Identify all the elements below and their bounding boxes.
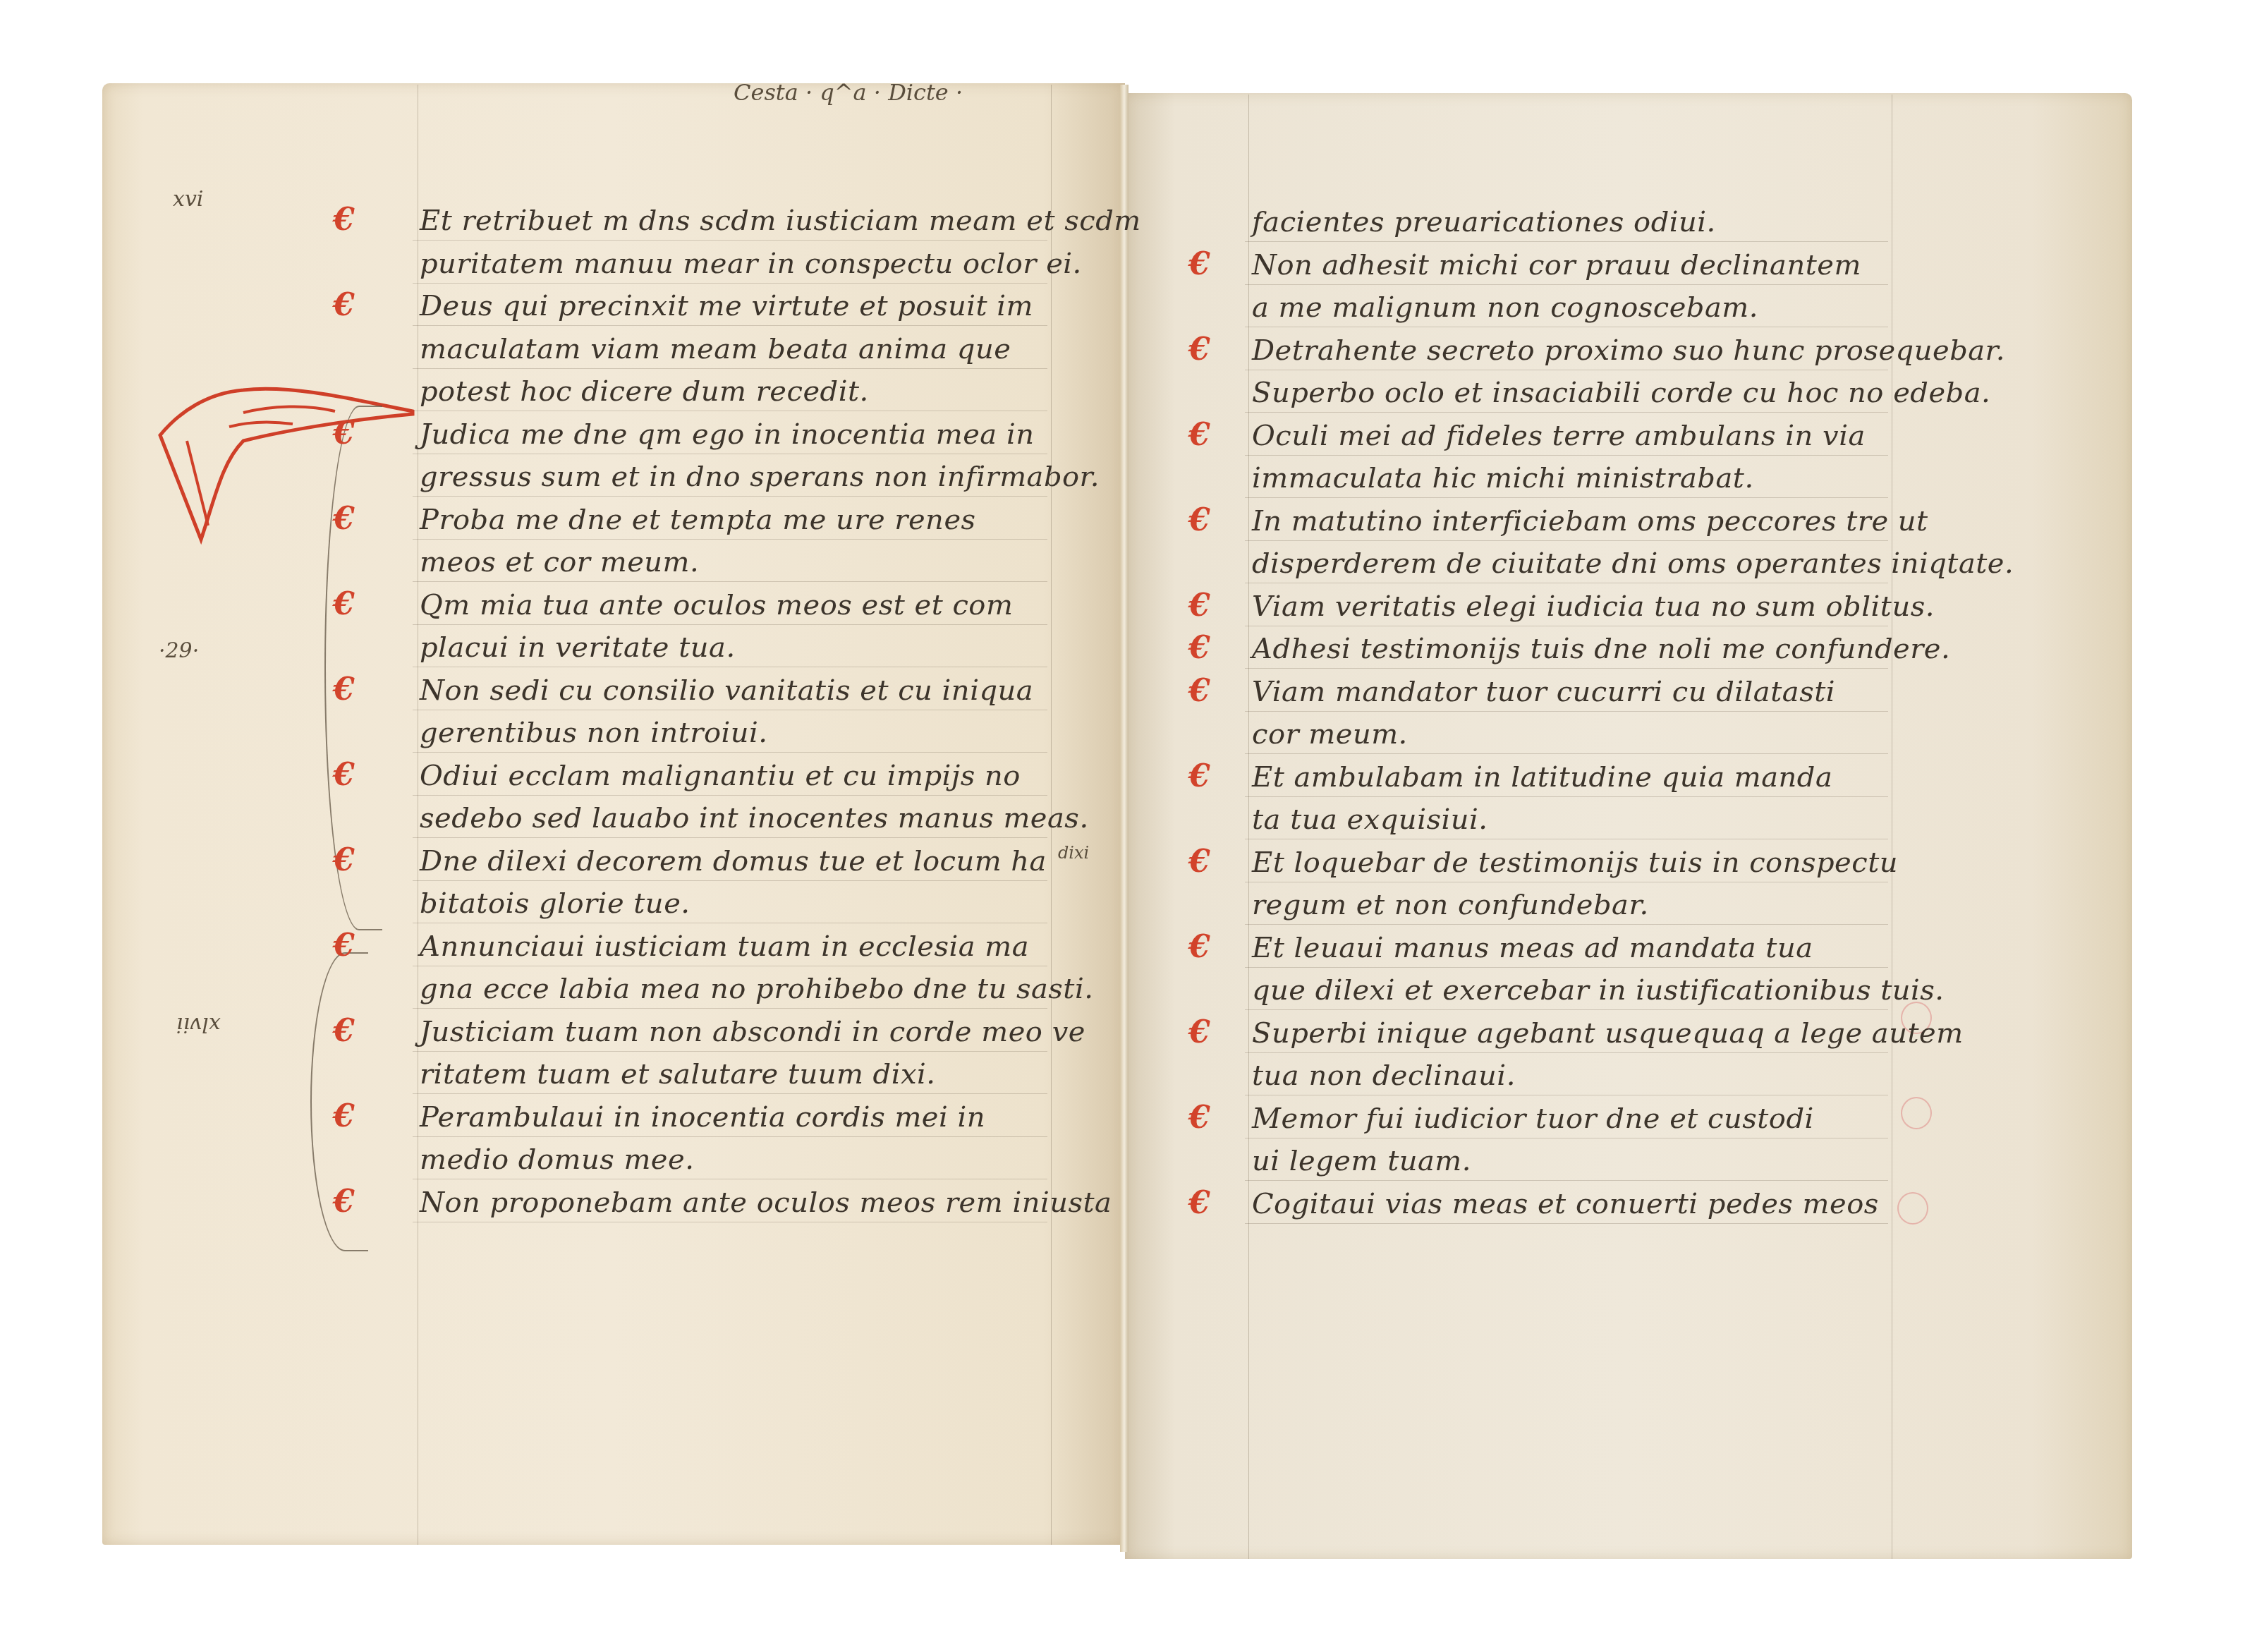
offset-mark: [1897, 1192, 1928, 1225]
ruling-line: [413, 795, 1047, 796]
manuscript-line: Detrahente secreto proximo suo hunc pros…: [1252, 334, 2005, 367]
manuscript-line: regum et non confundebar.: [1252, 889, 1649, 921]
manuscript-line: Deus qui precinxit me virtute et posuit …: [420, 290, 1033, 322]
ruling-line: [1245, 882, 1888, 882]
manuscript-line: Perambulaui in inocentia cordis mei in: [420, 1101, 985, 1134]
ruling-line: [413, 411, 1047, 411]
running-head: Cesta · q^a · Dicte ·: [734, 79, 963, 106]
manuscript-line: cor meum.: [1252, 718, 1408, 751]
paragraph-mark-icon: €: [1188, 502, 1210, 538]
ruling-line: [413, 1093, 1047, 1094]
paragraph-mark-icon: €: [1188, 246, 1210, 282]
manuscript-line: Viam mandator tuor cucurri cu dilatasti: [1252, 676, 1835, 708]
ruling-line: [1245, 1095, 1888, 1095]
paragraph-mark-icon: €: [333, 287, 355, 323]
ruling-line: [1245, 711, 1888, 712]
ruling-line: [1245, 412, 1888, 413]
margin-note-lower: xlvii: [176, 1012, 221, 1037]
ruling-line: [413, 837, 1047, 838]
manuscript-line: facientes preuaricationes odiui.: [1252, 206, 1716, 238]
paragraph-mark-icon: €: [1188, 673, 1210, 709]
ruling-line: [1245, 583, 1888, 583]
manicule-pointing-hand-icon: [145, 356, 427, 554]
paragraph-mark-icon: €: [333, 672, 355, 707]
manuscript-line: Memor fui iudicior tuor dne et custodi: [1252, 1103, 1814, 1135]
ruling-line: [1245, 753, 1888, 754]
ruling-line: [413, 454, 1047, 454]
ruling-line: [413, 581, 1047, 582]
ruling-line: [1245, 626, 1888, 626]
ruling-line: [413, 710, 1047, 710]
left-ruling-inner: [418, 85, 418, 1545]
paragraph-mark-icon: €: [333, 1098, 355, 1134]
paragraph-mark-icon: €: [1188, 1185, 1210, 1221]
ruling-line: [413, 880, 1047, 881]
manuscript-line: immaculata hic michi ministrabat.: [1252, 462, 1754, 494]
manuscript-line: gressus sum et in dno sperans non infirm…: [420, 461, 1100, 493]
manuscript-line: Oculi mei ad fideles terre ambulans in v…: [1252, 420, 1866, 452]
ruling-line: [1245, 1009, 1888, 1010]
ruling-line: [1245, 924, 1888, 925]
margin-note-top: xvi: [173, 187, 203, 212]
manuscript-line: placui in veritate tua.: [420, 631, 736, 664]
paragraph-mark-icon: €: [1188, 630, 1210, 666]
offset-mark: [1901, 1097, 1932, 1129]
manuscript-line: Viam veritatis elegi iudicia tua no sum …: [1252, 590, 1935, 623]
ruling-line: [413, 923, 1047, 923]
manuscript-line: Justiciam tuam non abscondi in corde meo…: [420, 1016, 1085, 1048]
paragraph-mark-icon: €: [1188, 758, 1210, 794]
ruling-line: [1245, 1052, 1888, 1053]
manuscript-line: bitatois glorie tue.: [420, 887, 691, 920]
manuscript-line: Non sedi cu consilio vanitatis et cu ini…: [420, 674, 1033, 707]
paragraph-mark-icon: €: [333, 1013, 355, 1049]
ruling-line: [1245, 455, 1888, 456]
manuscript-line: Et ambulabam in latitudine quia manda: [1252, 761, 1832, 794]
ruling-line: [413, 283, 1047, 284]
ruling-line: [413, 539, 1047, 540]
paragraph-mark-icon: €: [333, 501, 355, 537]
ruling-line: [1245, 241, 1888, 242]
paragraph-mark-icon: €: [333, 586, 355, 622]
ruling-line: [413, 240, 1047, 241]
manuscript-line: meos et cor meum.: [420, 546, 699, 578]
ruling-line: [413, 624, 1047, 625]
manuscript-line: Odiui ecclam malignantiu et cu impijs no: [420, 760, 1021, 792]
manuscript-line: Superbi inique agebant usquequaq a lege …: [1252, 1017, 1964, 1050]
ruling-line: [413, 1051, 1047, 1052]
manuscript-line: Dne dilexi decorem domus tue et locum ha: [420, 845, 1047, 877]
paragraph-mark-icon: €: [1188, 844, 1210, 880]
manuscript-line: puritatem manuu mear in conspectu oclor …: [420, 248, 1082, 280]
ruling-line: [1245, 1223, 1888, 1224]
paragraph-mark-icon: €: [333, 928, 355, 964]
manuscript-line: Adhesi testimonijs tuis dne noli me conf…: [1252, 633, 1950, 665]
ruling-line: [413, 496, 1047, 497]
manuscript-line: ta tua exquisiui.: [1252, 803, 1488, 836]
manuscript-line: Non proponebam ante oculos meos rem iniu…: [420, 1186, 1112, 1219]
manuscript-line: Judica me dne qm ego in inocentia mea in: [420, 418, 1034, 451]
ruling-line: [1245, 1138, 1888, 1138]
manuscript-line: sedebo sed lauabo int inocentes manus me…: [420, 802, 1089, 834]
manuscript-line: Proba me dne et tempta me ure renes: [420, 504, 976, 536]
paragraph-mark-icon: €: [1188, 1100, 1210, 1136]
manuscript-line: disperderem de ciuitate dni oms operante…: [1252, 547, 2014, 580]
ruling-line: [413, 966, 1047, 966]
manuscript-line: Superbo oclo et insaciabili corde cu hoc…: [1252, 377, 1990, 409]
manuscript-line: que dilexi et exercebar in iustification…: [1252, 974, 1945, 1007]
manuscript-line: a me malignum non cognoscebam.: [1252, 291, 1758, 324]
manuscript-line: gerentibus non introiui.: [420, 717, 768, 749]
manuscript-line: tua non declinaui.: [1252, 1059, 1516, 1092]
ruling-line: [413, 752, 1047, 753]
manuscript-line: Et leuaui manus meas ad mandata tua: [1252, 932, 1813, 964]
manuscript-line: maculatam viam meam beata anima que: [420, 333, 1011, 365]
ruling-line: [1245, 1180, 1888, 1181]
paragraph-mark-icon: €: [1188, 588, 1210, 624]
manuscript-line: ui legem tuam.: [1252, 1145, 1471, 1177]
ruling-line: [413, 1179, 1047, 1179]
ruling-line: [1245, 796, 1888, 797]
manuscript-line: Et loquebar de testimonijs tuis in consp…: [1252, 846, 1898, 879]
ruling-line: [1245, 668, 1888, 669]
ruling-line: [413, 1008, 1047, 1009]
ruling-line: [413, 325, 1047, 326]
manuscript-line: potest hoc dicere dum recedit.: [420, 375, 869, 408]
manuscript-line: Cogitaui vias meas et conuerti pedes meo…: [1252, 1188, 1879, 1220]
paragraph-mark-icon: €: [1188, 1014, 1210, 1050]
margin-note-right: dixi: [1058, 843, 1089, 863]
ruling-line: [1245, 967, 1888, 968]
paragraph-mark-icon: €: [333, 842, 355, 878]
manuscript-line: In matutino interficiebam oms peccores t…: [1252, 505, 1928, 537]
paragraph-mark-icon: €: [1188, 332, 1210, 368]
manuscript-line: medio domus mee.: [420, 1143, 694, 1176]
margin-note-mid: ·29·: [159, 638, 199, 663]
ruling-line: [413, 368, 1047, 369]
book-gutter: [1120, 85, 1128, 1552]
paragraph-mark-icon: €: [1188, 929, 1210, 965]
manuscript-line: Annunciaui iusticiam tuam in ecclesia ma: [420, 930, 1029, 963]
ruling-line: [1245, 370, 1888, 370]
ruling-line: [1245, 284, 1888, 285]
paragraph-mark-icon: €: [1188, 417, 1210, 453]
manuscript-line: Qm mia tua ante oculos meos est et com: [420, 589, 1013, 621]
ruling-line: [1245, 497, 1888, 498]
right-ruling-inner: [1248, 95, 1249, 1559]
ruling-line: [1245, 327, 1888, 327]
manuscript-line: gna ecce labia mea no prohibebo dne tu s…: [420, 973, 1093, 1005]
ruling-line: [413, 667, 1047, 667]
ruling-line: [1245, 540, 1888, 541]
ruling-line: [1245, 839, 1888, 839]
paragraph-mark-icon: €: [333, 202, 355, 238]
paragraph-mark-icon: €: [333, 757, 355, 793]
manuscript-line: Et retribuet m dns scdm iusticiam meam e…: [420, 205, 1141, 237]
paragraph-mark-icon: €: [333, 1184, 355, 1220]
paragraph-mark-icon: €: [333, 415, 355, 451]
manuscript-line: ritatem tuam et salutare tuum dixi.: [420, 1058, 936, 1091]
manuscript-line: Non adhesit michi cor prauu declinantem: [1252, 249, 1861, 281]
ruling-line: [413, 1222, 1047, 1222]
right-ruling-outer: [1892, 95, 1892, 1559]
ruling-line: [413, 1136, 1047, 1137]
